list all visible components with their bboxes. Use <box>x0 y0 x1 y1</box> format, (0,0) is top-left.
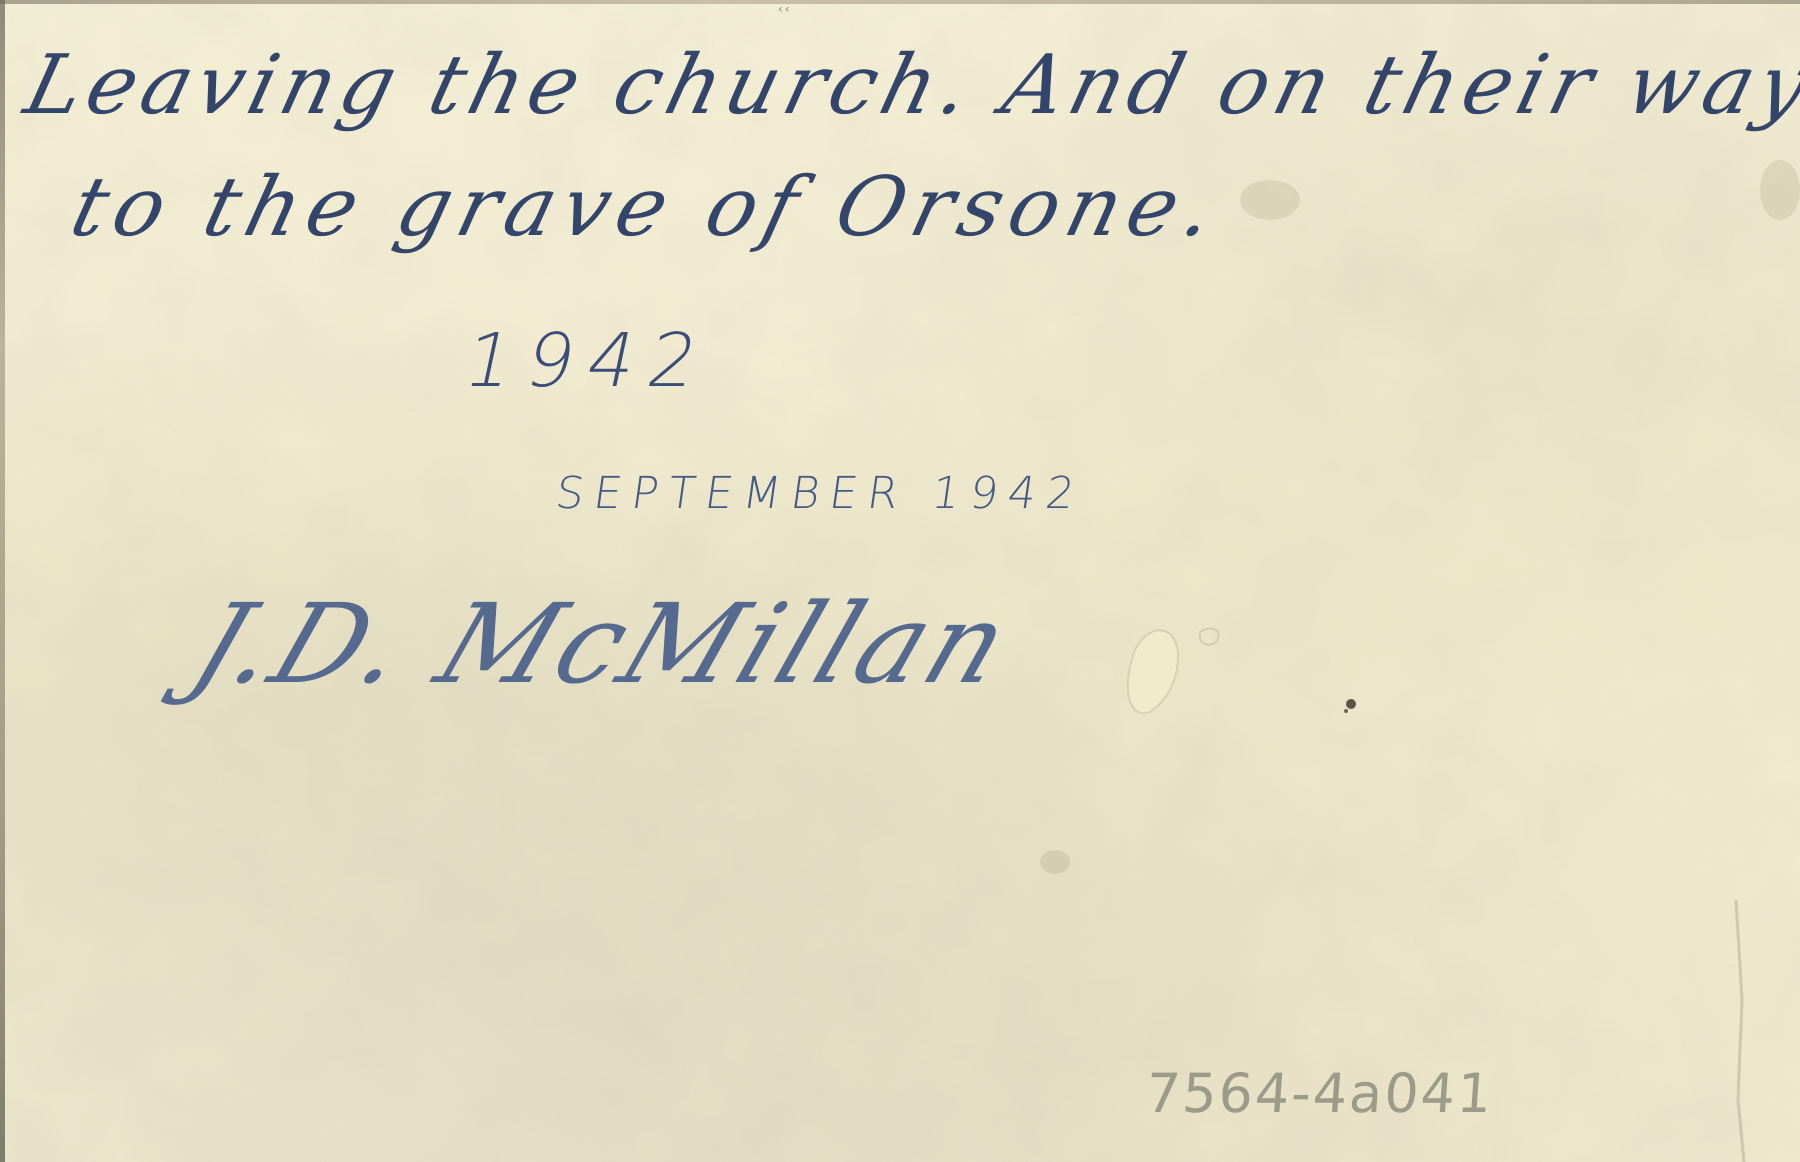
signature: J.D. McMillan <box>177 580 1029 708</box>
top-edge <box>0 0 1800 4</box>
left-edge <box>0 0 5 1162</box>
inscription-date: SEPTEMBER 1942 <box>552 468 1087 519</box>
inscription-year: 1942 <box>457 318 720 404</box>
foxing-stain <box>1760 160 1800 220</box>
top-mark: ‹‹ <box>778 2 792 16</box>
catalog-number: 7564-4a041 <box>1144 1062 1496 1125</box>
foxing-stain <box>1240 180 1300 220</box>
inscription-line-2: to the grave of Orsone. <box>62 160 1231 255</box>
inscription-line-1: Leaving the church. And on their way <box>16 38 1800 133</box>
photo-back-card: ‹‹ Leaving the church. And on their way … <box>0 0 1800 1162</box>
foxing-stain <box>1040 850 1070 874</box>
